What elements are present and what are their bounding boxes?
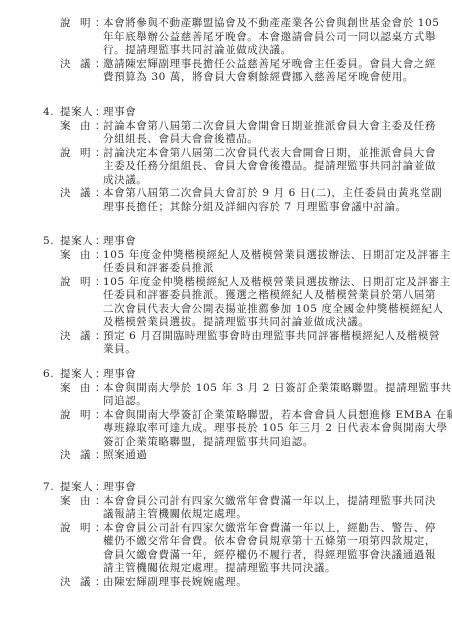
document-page: 說明 ： 本會將參與不動產聯盟協會及不動產產業各公會與創世基金會於 105 年年… [0, 0, 452, 640]
resolution-label: 決議 [60, 58, 91, 71]
explain-label: 說明 [60, 17, 91, 30]
explain-text: 本會將參與不動產聯盟協會及不動產產業各公會與創世基金會於 105 [103, 17, 440, 30]
resolution-text: 邀請陳宏輝副理事長擔任公益慈善尾牙晚會主任委員。會員大會之經 [103, 58, 436, 71]
